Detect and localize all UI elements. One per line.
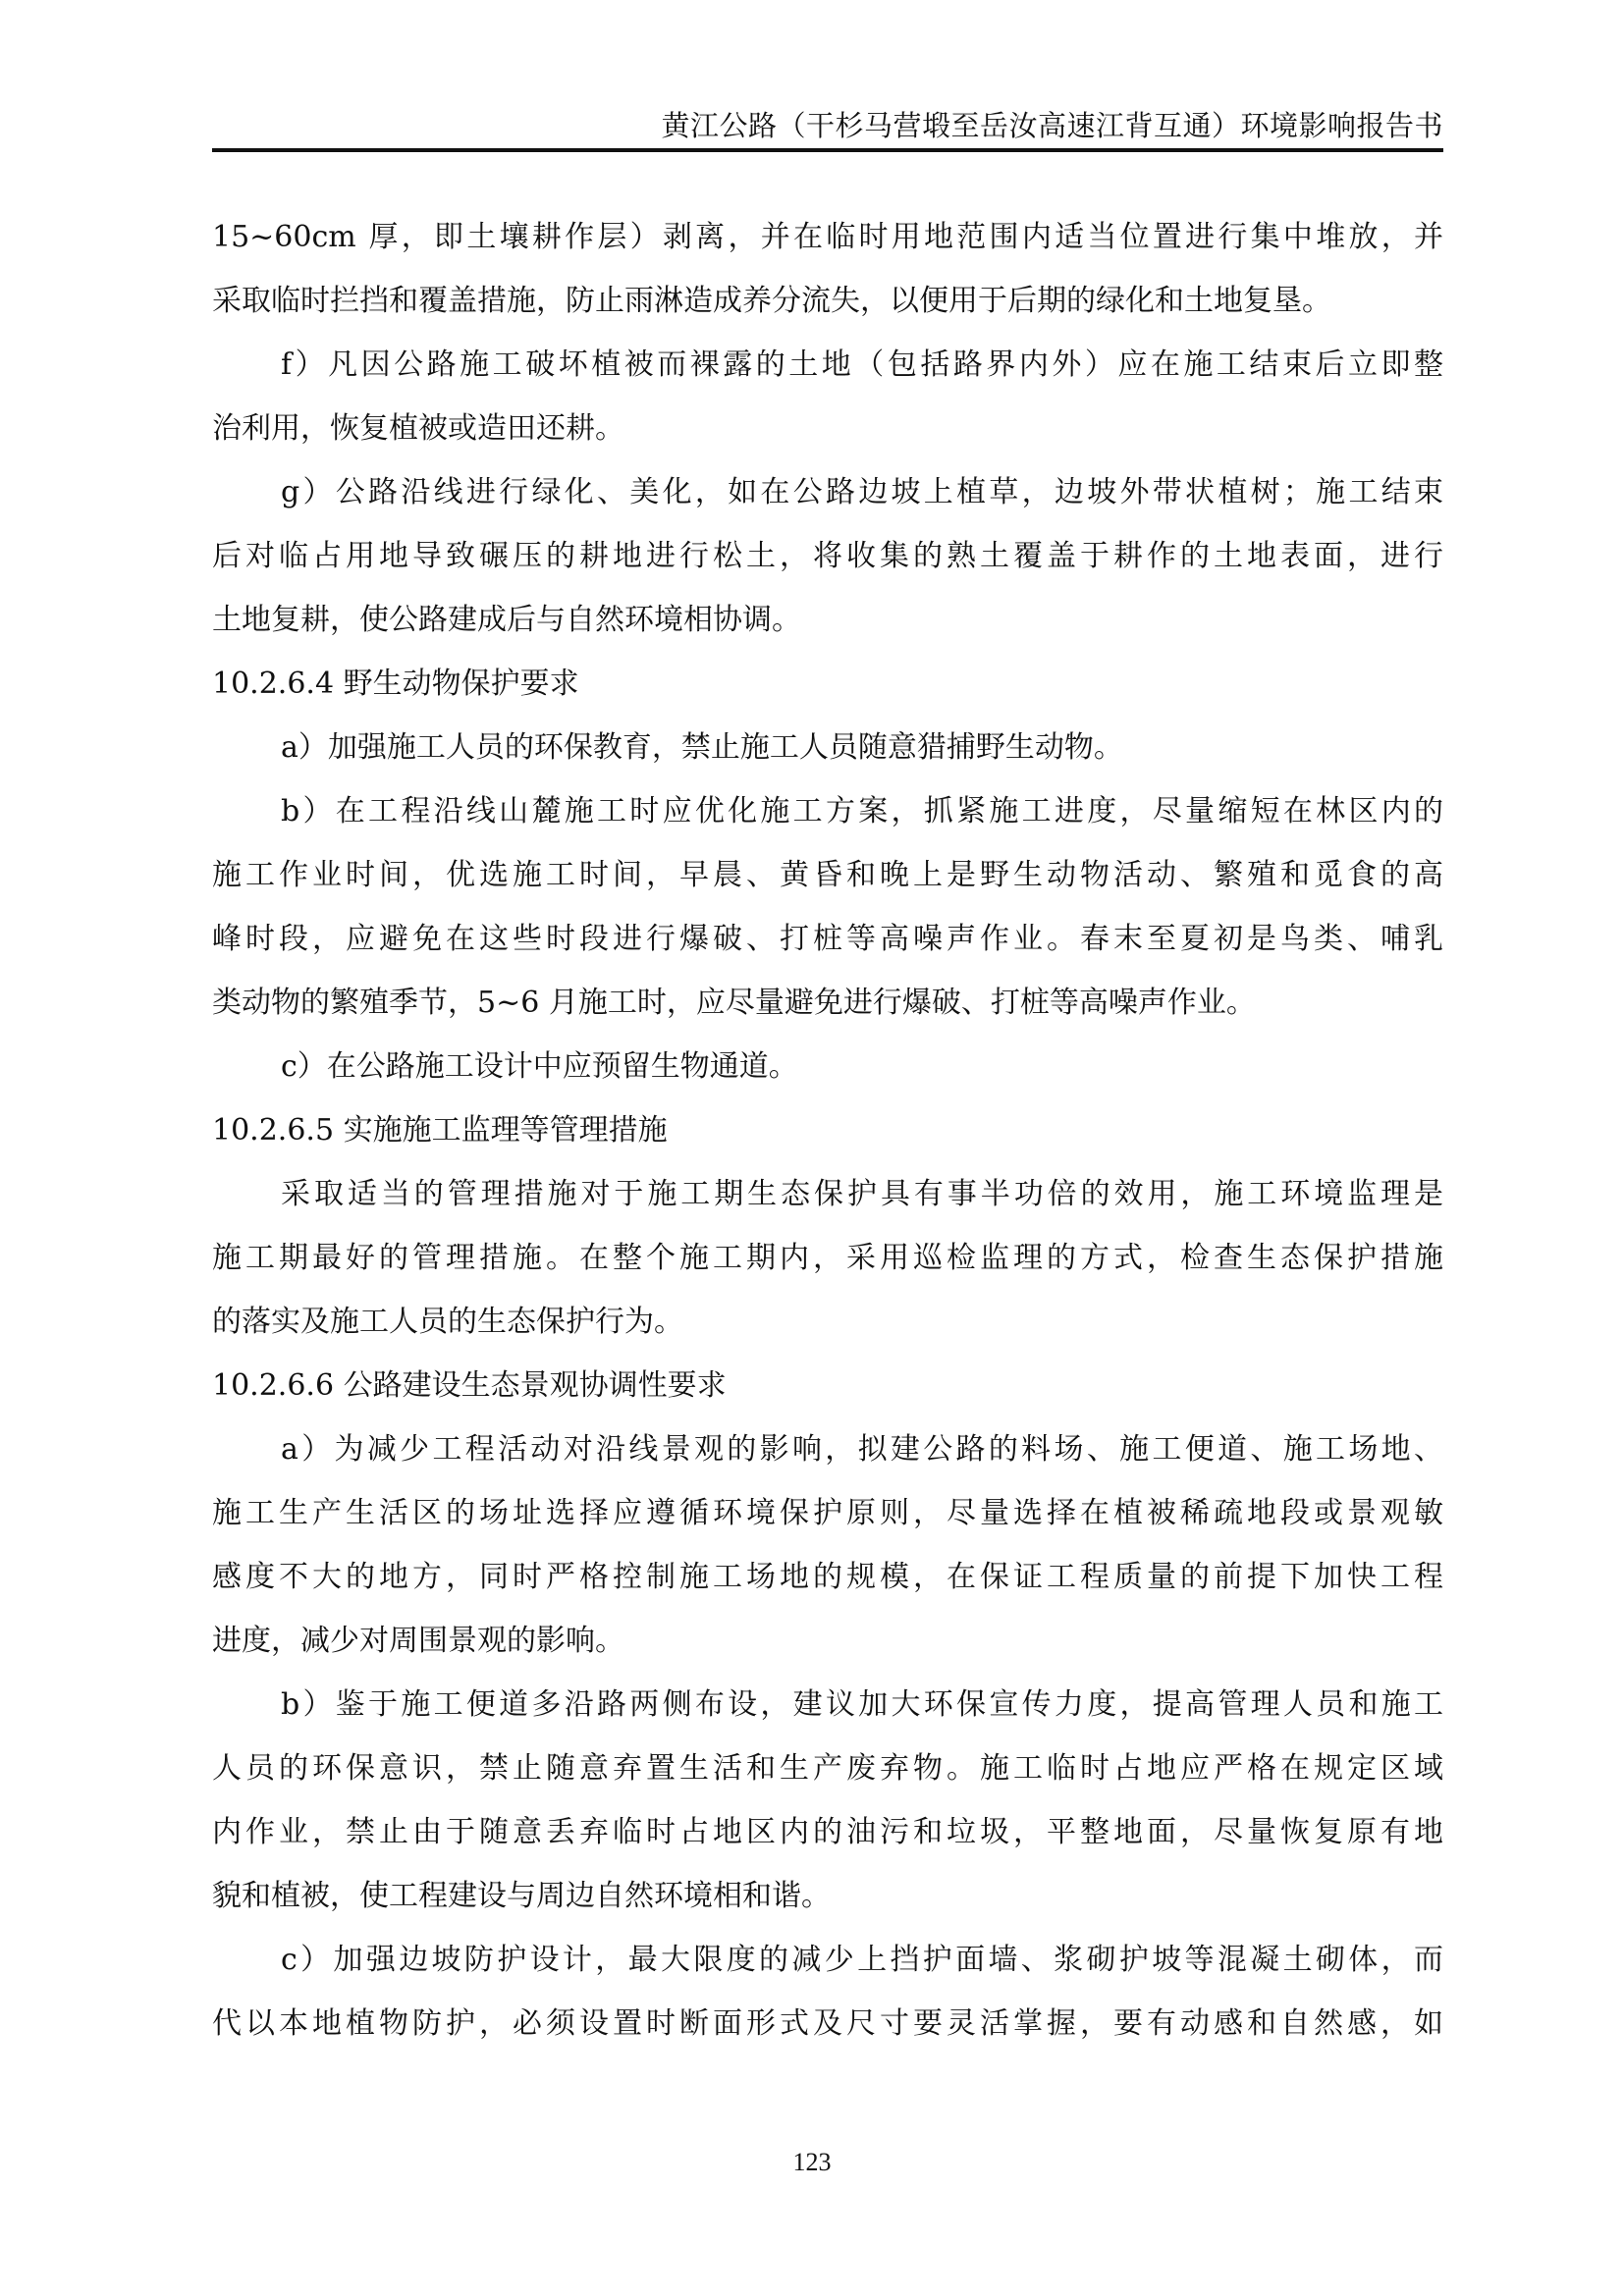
list-item-c-line: c）加强边坡防护设计，最大限度的减少上挡护面墙、浆砌护坡等混凝土砌体，而 (281, 1941, 1443, 1980)
section-heading-10265: 10.2.6.5 实施施工监理等管理措施 (212, 1111, 668, 1150)
list-item-b-line: 施工作业时间，优选施工时间，早晨、黄昏和晚上是野生动物活动、繁殖和觅食的高 (212, 856, 1443, 895)
section-heading-10266: 10.2.6.6 公路建设生态景观协调性要求 (212, 1366, 727, 1406)
list-item-a-line: 施工生产生活区的场址选择应遵循环境保护原则，尽量选择在植被稀疏地段或景观敏 (212, 1494, 1443, 1533)
list-item-a-line: a）加强施工人员的环保教育，禁止施工人员随意猎捕野生动物。 (281, 728, 1443, 768)
running-header-title: 黄江公路（干杉马营塅至岳汝高速江背互通）环境影响报告书 (661, 108, 1443, 143)
list-item-b-line: 人员的环保意识，禁止随意弃置生活和生产废弃物。施工临时占地应严格在规定区域 (212, 1749, 1443, 1789)
paragraph-line: 的落实及施工人员的生态保护行为。 (212, 1303, 1443, 1342)
list-item-f-line: 治利用，恢复植被或造田还耕。 (212, 409, 1443, 449)
list-item-a-line: a）为减少工程活动对沿线景观的影响，拟建公路的料场、施工便道、施工场地、 (281, 1430, 1443, 1469)
paragraph-line: 采取临时拦挡和覆盖措施，防止雨淋造成养分流失，以便用于后期的绿化和土地复垦。 (212, 282, 1443, 321)
header-divider (212, 148, 1443, 152)
list-item-b-line: b）在工程沿线山麓施工时应优化施工方案，抓紧施工进度，尽量缩短在林区内的 (281, 792, 1443, 831)
section-heading-10264: 10.2.6.4 野生动物保护要求 (212, 665, 579, 704)
list-item-a-line: 进度，减少对周围景观的影响。 (212, 1622, 1443, 1661)
paragraph-line: 施工期最好的管理措施。在整个施工期内，采用巡检监理的方式，检查生态保护措施 (212, 1239, 1443, 1278)
document-page: 黄江公路（干杉马营塅至岳汝高速江背互通）环境影响报告书 15~60cm 厚，即土… (0, 0, 1624, 2296)
list-item-g-line: 后对临占用地导致碾压的耕地进行松土，将收集的熟土覆盖于耕作的土地表面，进行 (212, 537, 1443, 576)
paragraph-line: 15~60cm 厚，即土壤耕作层）剥离，并在临时用地范围内适当位置进行集中堆放，… (212, 218, 1443, 257)
list-item-g-line: g）公路沿线进行绿化、美化，如在公路边坡上植草，边坡外带状植树；施工结束 (281, 473, 1443, 512)
paragraph-line: 采取适当的管理措施对于施工期生态保护具有事半功倍的效用，施工环境监理是 (281, 1175, 1443, 1214)
page-number: 123 (0, 2148, 1624, 2177)
list-item-c-line: c）在公路施工设计中应预留生物通道。 (281, 1047, 1443, 1087)
list-item-a-line: 感度不大的地方，同时严格控制施工场地的规模，在保证工程质量的前提下加快工程 (212, 1558, 1443, 1597)
list-item-b-line: b）鉴于施工便道多沿路两侧布设，建议加大环保宣传力度，提高管理人员和施工 (281, 1685, 1443, 1725)
list-item-b-line: 类动物的繁殖季节，5~6 月施工时，应尽量避免进行爆破、打桩等高噪声作业。 (212, 984, 1443, 1023)
list-item-b-line: 貌和植被，使工程建设与周边自然环境相和谐。 (212, 1877, 1443, 1916)
list-item-f-line: f）凡因公路施工破坏植被而裸露的土地（包括路界内外）应在施工结束后立即整 (281, 346, 1443, 385)
list-item-b-line: 内作业，禁止由于随意丢弃临时占地区内的油污和垃圾，平整地面，尽量恢复原有地 (212, 1813, 1443, 1852)
list-item-c-line: 代以本地植物防护，必须设置时断面形式及尺寸要灵活掌握，要有动感和自然感，如 (212, 2004, 1443, 2044)
list-item-b-line: 峰时段，应避免在这些时段进行爆破、打桩等高噪声作业。春末至夏初是鸟类、哺乳 (212, 920, 1443, 959)
list-item-g-line: 土地复耕，使公路建成后与自然环境相协调。 (212, 601, 1443, 640)
